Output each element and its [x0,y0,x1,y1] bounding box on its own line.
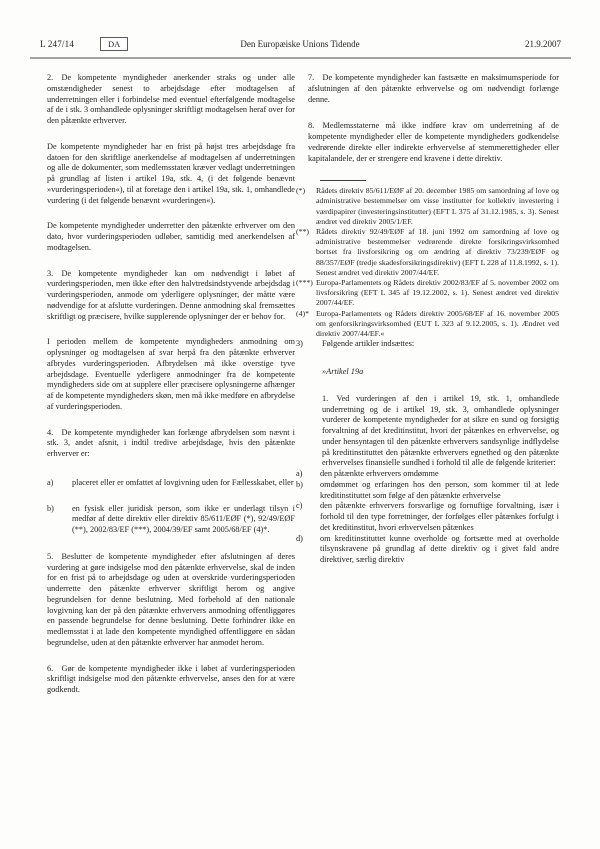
item-text: Følgende artikler indsættes: [322,339,414,348]
criterion-b: b) omdømmet og erfaringen hos den person… [296,480,559,502]
footnote-text: Rådets direktiv 92/49/EØF af 18. juni 19… [316,227,559,277]
criterion-marker: b) [296,480,303,491]
paragraph-deadline: De kompetente myndigheder har en frist p… [40,142,295,207]
paragraph-interruption: I perioden mellem de kompetente myndighe… [40,337,295,412]
criterion-text: om kreditinstituttet kunne overholde og … [320,534,559,565]
footnote-4: (4)* Europa-Parlamentets og Rådets direk… [296,309,559,340]
criterion-text: den påtænkte erhververs omdømme [320,469,439,478]
article-heading: »Artikel 19a [322,367,559,378]
paragraph-7: 7. De kompetente myndigheder kan fastsæt… [308,73,559,105]
official-journal-page: L 247/14 DA Den Europæiske Unions Tidend… [0,0,600,849]
paragraph-5: 5. Beslutter de kompetente myndigheder e… [40,552,295,649]
paragraph-6: 6. Gør de kompetente myndigheder ikke i … [40,664,295,696]
footnote-text: Europa-Parlamentets og Rådets direktiv 2… [316,309,559,338]
footnote-text: Rådets direktiv 85/611/EØF af 20. decemb… [316,186,559,226]
paragraph-4: 4. De kompetente myndigheder kan forlæng… [40,428,295,460]
criterion-marker: d) [296,534,303,545]
criterion-text: den påtænkte erhververs forsvarlige og f… [320,501,559,532]
article-paragraph-1: 1. Ved vurderingen af den i artikel 19, … [322,394,559,469]
page-header: L 247/14 DA Den Europæiske Unions Tidend… [0,36,600,56]
criterion-a: a) den påtænkte erhververs omdømme [296,469,559,480]
footnote-marker: (*) [296,186,305,196]
paragraph-8: 8. Medlemsstaterne må ikke indføre krav … [308,121,559,164]
paragraph-3: 3. De kompetente myndigheder kan om nødv… [40,269,295,323]
footnote-marker: (**) [296,227,309,237]
footnote-separator [320,180,366,181]
item-marker: 3) [296,339,303,350]
list-item-a: a) placeret eller er omfattet af lovgivn… [40,478,295,489]
footnote-2: (**) Rådets direktiv 92/49/EØF af 18. ju… [296,227,559,278]
journal-title: Den Europæiske Unions Tidende [0,39,600,49]
criterion-c: c) den påtænkte erhververs forsvarlige o… [296,501,559,533]
criterion-d: d) om kreditinstituttet kunne overholde … [296,534,559,566]
criterion-text: omdømmet og erfaringen hos den person, s… [320,480,559,500]
footnote-marker: (4)* [296,309,309,319]
list-item-marker: b) [47,504,54,515]
right-column: 7. De kompetente myndigheder kan fastsæt… [296,73,559,566]
list-item-marker: a) [47,478,53,489]
footnote-text: Europa-Parlamentets og Rådets direktiv 2… [316,278,559,307]
list-item-text: en fysisk eller juridisk person, som ikk… [72,504,295,535]
criterion-marker: c) [296,501,302,512]
paragraph-2: 2. De kompetente myndigheder anerkender … [40,73,295,127]
list-item-b: b) en fysisk eller juridisk person, som … [40,504,295,536]
list-item-text: placeret eller er omfattet af lovgivning… [72,478,294,487]
criterion-marker: a) [296,469,302,480]
amendment-item-3: 3) Følgende artikler indsættes: [296,339,559,350]
left-column: 2. De kompetente myndigheder anerkender … [40,73,295,711]
footnote-marker: (***) [296,278,313,288]
footnote-1: (*) Rådets direktiv 85/611/EØF af 20. de… [296,186,559,227]
publication-date: 21.9.2007 [525,39,561,49]
paragraph-notify-date: De kompetente myndigheder underretter de… [40,221,295,253]
footnote-3: (***) Europa-Parlamentets og Rådets dire… [296,278,559,309]
header-rule [30,57,571,59]
